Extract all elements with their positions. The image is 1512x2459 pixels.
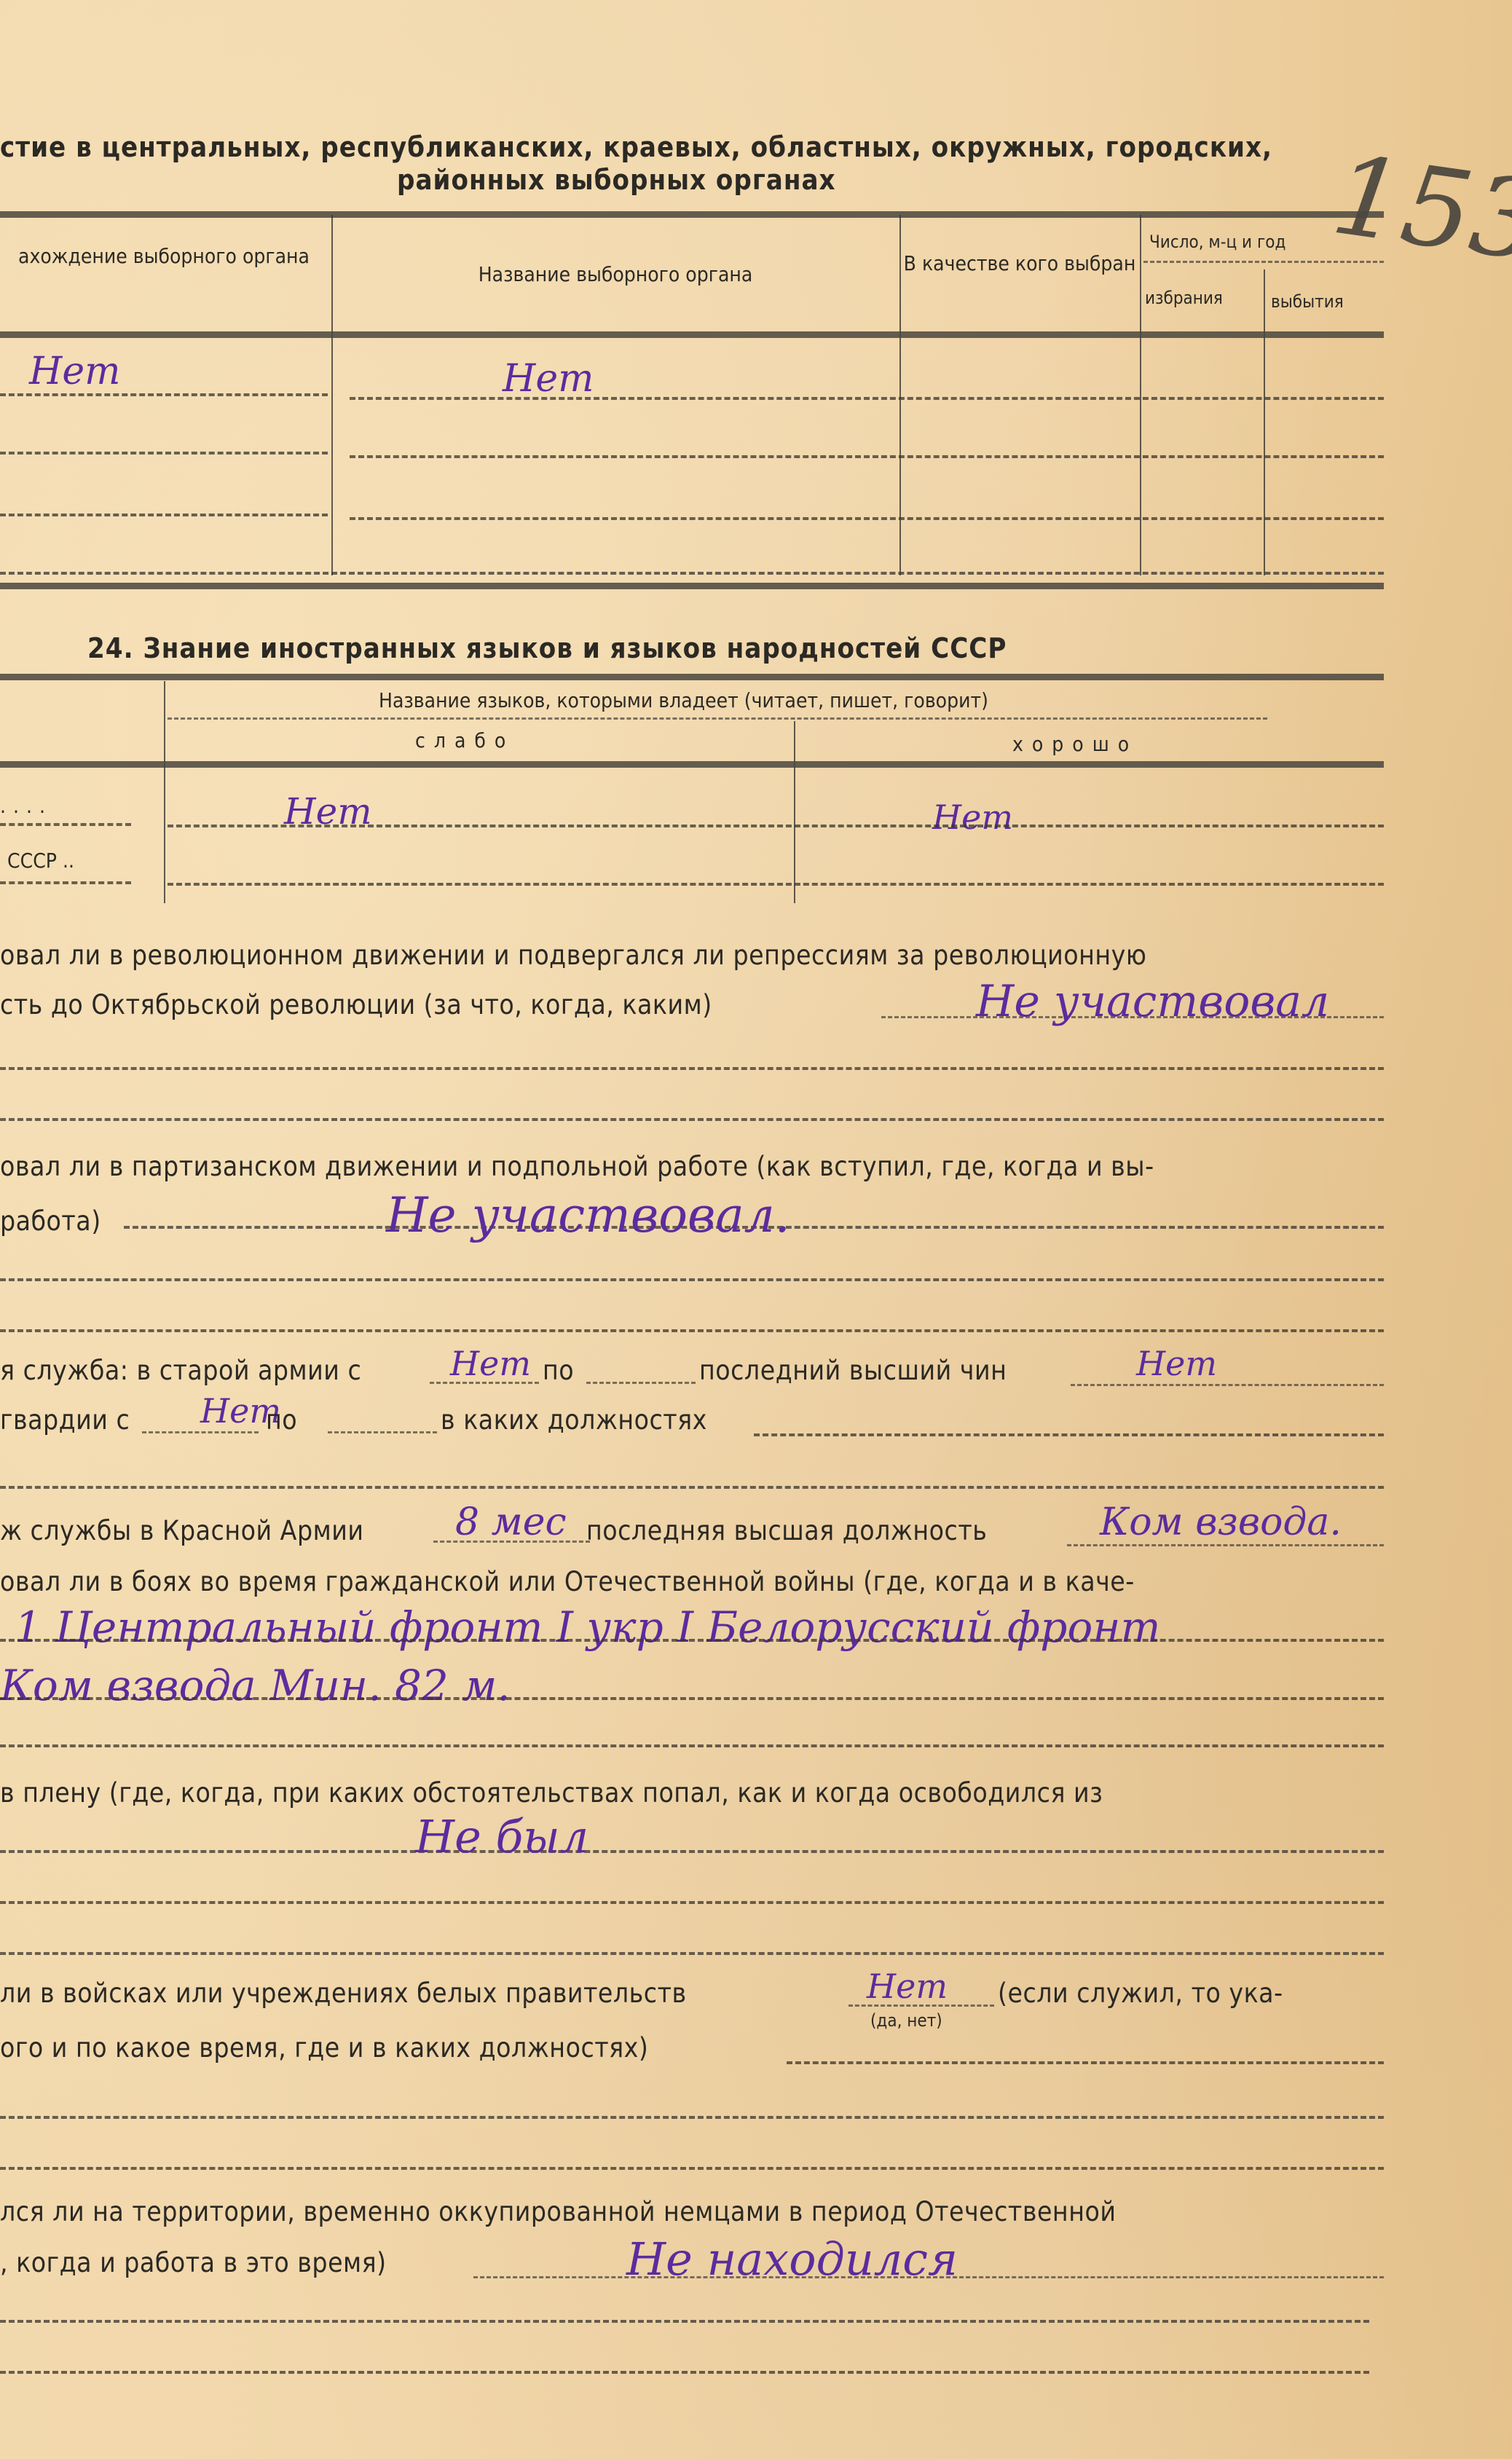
answer-line (0, 1697, 1384, 1700)
section31-line1: лся ли на территории, временно оккупиров… (0, 2196, 1116, 2227)
answer-line (0, 1278, 1384, 1281)
section28-line1-label: ж службы в Красной Армии (0, 1515, 363, 1546)
table-bottom-border (0, 583, 1384, 589)
answer-line (0, 2320, 1369, 2323)
section28-answer-line1: 1 Центральный фронт I укр I Белорусский … (15, 1602, 1160, 1652)
answer-line (0, 1639, 1384, 1642)
answer-line (142, 1431, 259, 1433)
section26-line2: работа) (0, 1205, 101, 1237)
col-header-name: Название выборного органа (335, 262, 896, 286)
section25-answer: Не участвовал (976, 976, 1329, 1027)
answer-line (0, 1952, 1384, 1955)
answer-line (0, 1329, 1384, 1332)
answer-line (0, 1744, 1384, 1747)
section30-line1-tail: (если служил, то ука- (998, 1978, 1283, 2009)
old-army-rank-value: Нет (1136, 1344, 1217, 1383)
row-line (0, 514, 328, 516)
header-subdivider (1143, 261, 1384, 263)
column-divider (1140, 215, 1141, 575)
section27-line2-label: гвардии с (0, 1404, 130, 1436)
answer-line (0, 1901, 1384, 1904)
section26-line1: овал ли в партизанском движении и подпол… (0, 1151, 1154, 1182)
last-position-value: Ком взвода. (1100, 1500, 1342, 1544)
section27-line1-label: я служба: в старой армии с (0, 1355, 361, 1386)
row1-location-value: Нет (29, 350, 120, 393)
row-line (350, 397, 1384, 400)
languages-good-value: Нет (932, 798, 1013, 837)
section30-line2: ого и по какое время, где и в каких долж… (0, 2032, 648, 2063)
row-line (168, 825, 1384, 827)
section30-line1-label: ли в войсках или учреждениях белых прави… (0, 1978, 687, 2009)
yes-no-hint: (да, нет) (870, 2010, 942, 2031)
row-line (0, 881, 131, 884)
section28-line2: овал ли в боях во время гражданской или … (0, 1566, 1135, 1597)
section28-answer-line2: Ком взвода Мин. 82 м. (0, 1661, 511, 1710)
answer-line (754, 1433, 1384, 1436)
table-top-border (0, 674, 1384, 680)
col-header-weak: слабо (415, 728, 514, 752)
col-header-good: хорошо (1012, 732, 1138, 756)
row-line (350, 517, 1384, 520)
section27-to-label: по (543, 1355, 574, 1386)
row-line (350, 455, 1384, 458)
answer-line (0, 1067, 1384, 1070)
section27-line2-to-label: по (266, 1404, 297, 1436)
section29-answer: Не был (415, 1810, 588, 1863)
row-line (0, 452, 328, 455)
row-line (0, 393, 328, 396)
col-header-role: В качестве кого выбран (903, 251, 1136, 275)
column-divider (164, 681, 165, 903)
section31-line2-label: , когда и работа в это время) (0, 2247, 387, 2278)
answer-line (586, 1382, 696, 1384)
answer-line (0, 2116, 1384, 2119)
answer-line (1067, 1544, 1384, 1546)
header-subdivider (168, 717, 1267, 720)
col-header-elected: избрания (1145, 288, 1223, 308)
languages-header: Название языков, которыми владеет (читае… (379, 688, 988, 712)
answer-line (0, 2167, 1384, 2170)
section26-answer: Не участвовал. (386, 1187, 790, 1243)
column-divider (331, 215, 333, 575)
answer-line (1071, 1384, 1384, 1386)
answer-line (0, 1486, 1384, 1489)
page-number-mark: 153 (1325, 132, 1512, 286)
answer-line (787, 2061, 1384, 2064)
column-divider (1264, 269, 1265, 575)
column-divider (794, 721, 795, 903)
section27-positions-label: в каких должностях (441, 1404, 707, 1436)
answer-line (0, 1850, 1384, 1853)
col-header-left: выбытия (1271, 291, 1344, 312)
col-header-date-group: Число, м-ц и год (1149, 232, 1285, 252)
row-line (0, 823, 131, 826)
section29-line1: в плену (где, когда, при каких обстоятел… (0, 1777, 1103, 1809)
section27-rank-label: последний высший чин (699, 1355, 1007, 1386)
section24-title: 24. Знание иностранных языков и языков н… (87, 632, 1007, 664)
red-army-service-length: 8 мес (455, 1500, 567, 1544)
languages-row2-label: СССР .. (7, 849, 74, 873)
section23-title-line2: районных выборных органах (397, 164, 836, 196)
section25-line2: сть до Октябрьской революции (за что, ко… (0, 989, 712, 1020)
answer-line (328, 1431, 437, 1433)
row-line (0, 572, 1384, 575)
answer-line (0, 2371, 1369, 2374)
languages-row1-label: .... (0, 794, 52, 818)
section31-answer: Не находился (626, 2232, 958, 2286)
col-header-location: ахождение выборного органа (0, 244, 328, 268)
section25-line1: овал ли в революционном движении и подве… (0, 940, 1146, 971)
row-line (168, 883, 1384, 886)
section28-position-label: последняя высшая должность (586, 1515, 987, 1546)
column-divider (899, 215, 901, 575)
row1-name-value: Нет (503, 357, 594, 401)
header-bottom-border (0, 761, 1384, 768)
header-bottom-border (0, 331, 1384, 338)
table-top-border (0, 211, 1384, 218)
section23-title-line1: стие в центральных, республиканских, кра… (0, 131, 1272, 163)
answer-line (0, 1118, 1384, 1121)
white-forces-answer: Нет (867, 1967, 948, 2006)
old-army-from-value: Нет (450, 1344, 531, 1383)
